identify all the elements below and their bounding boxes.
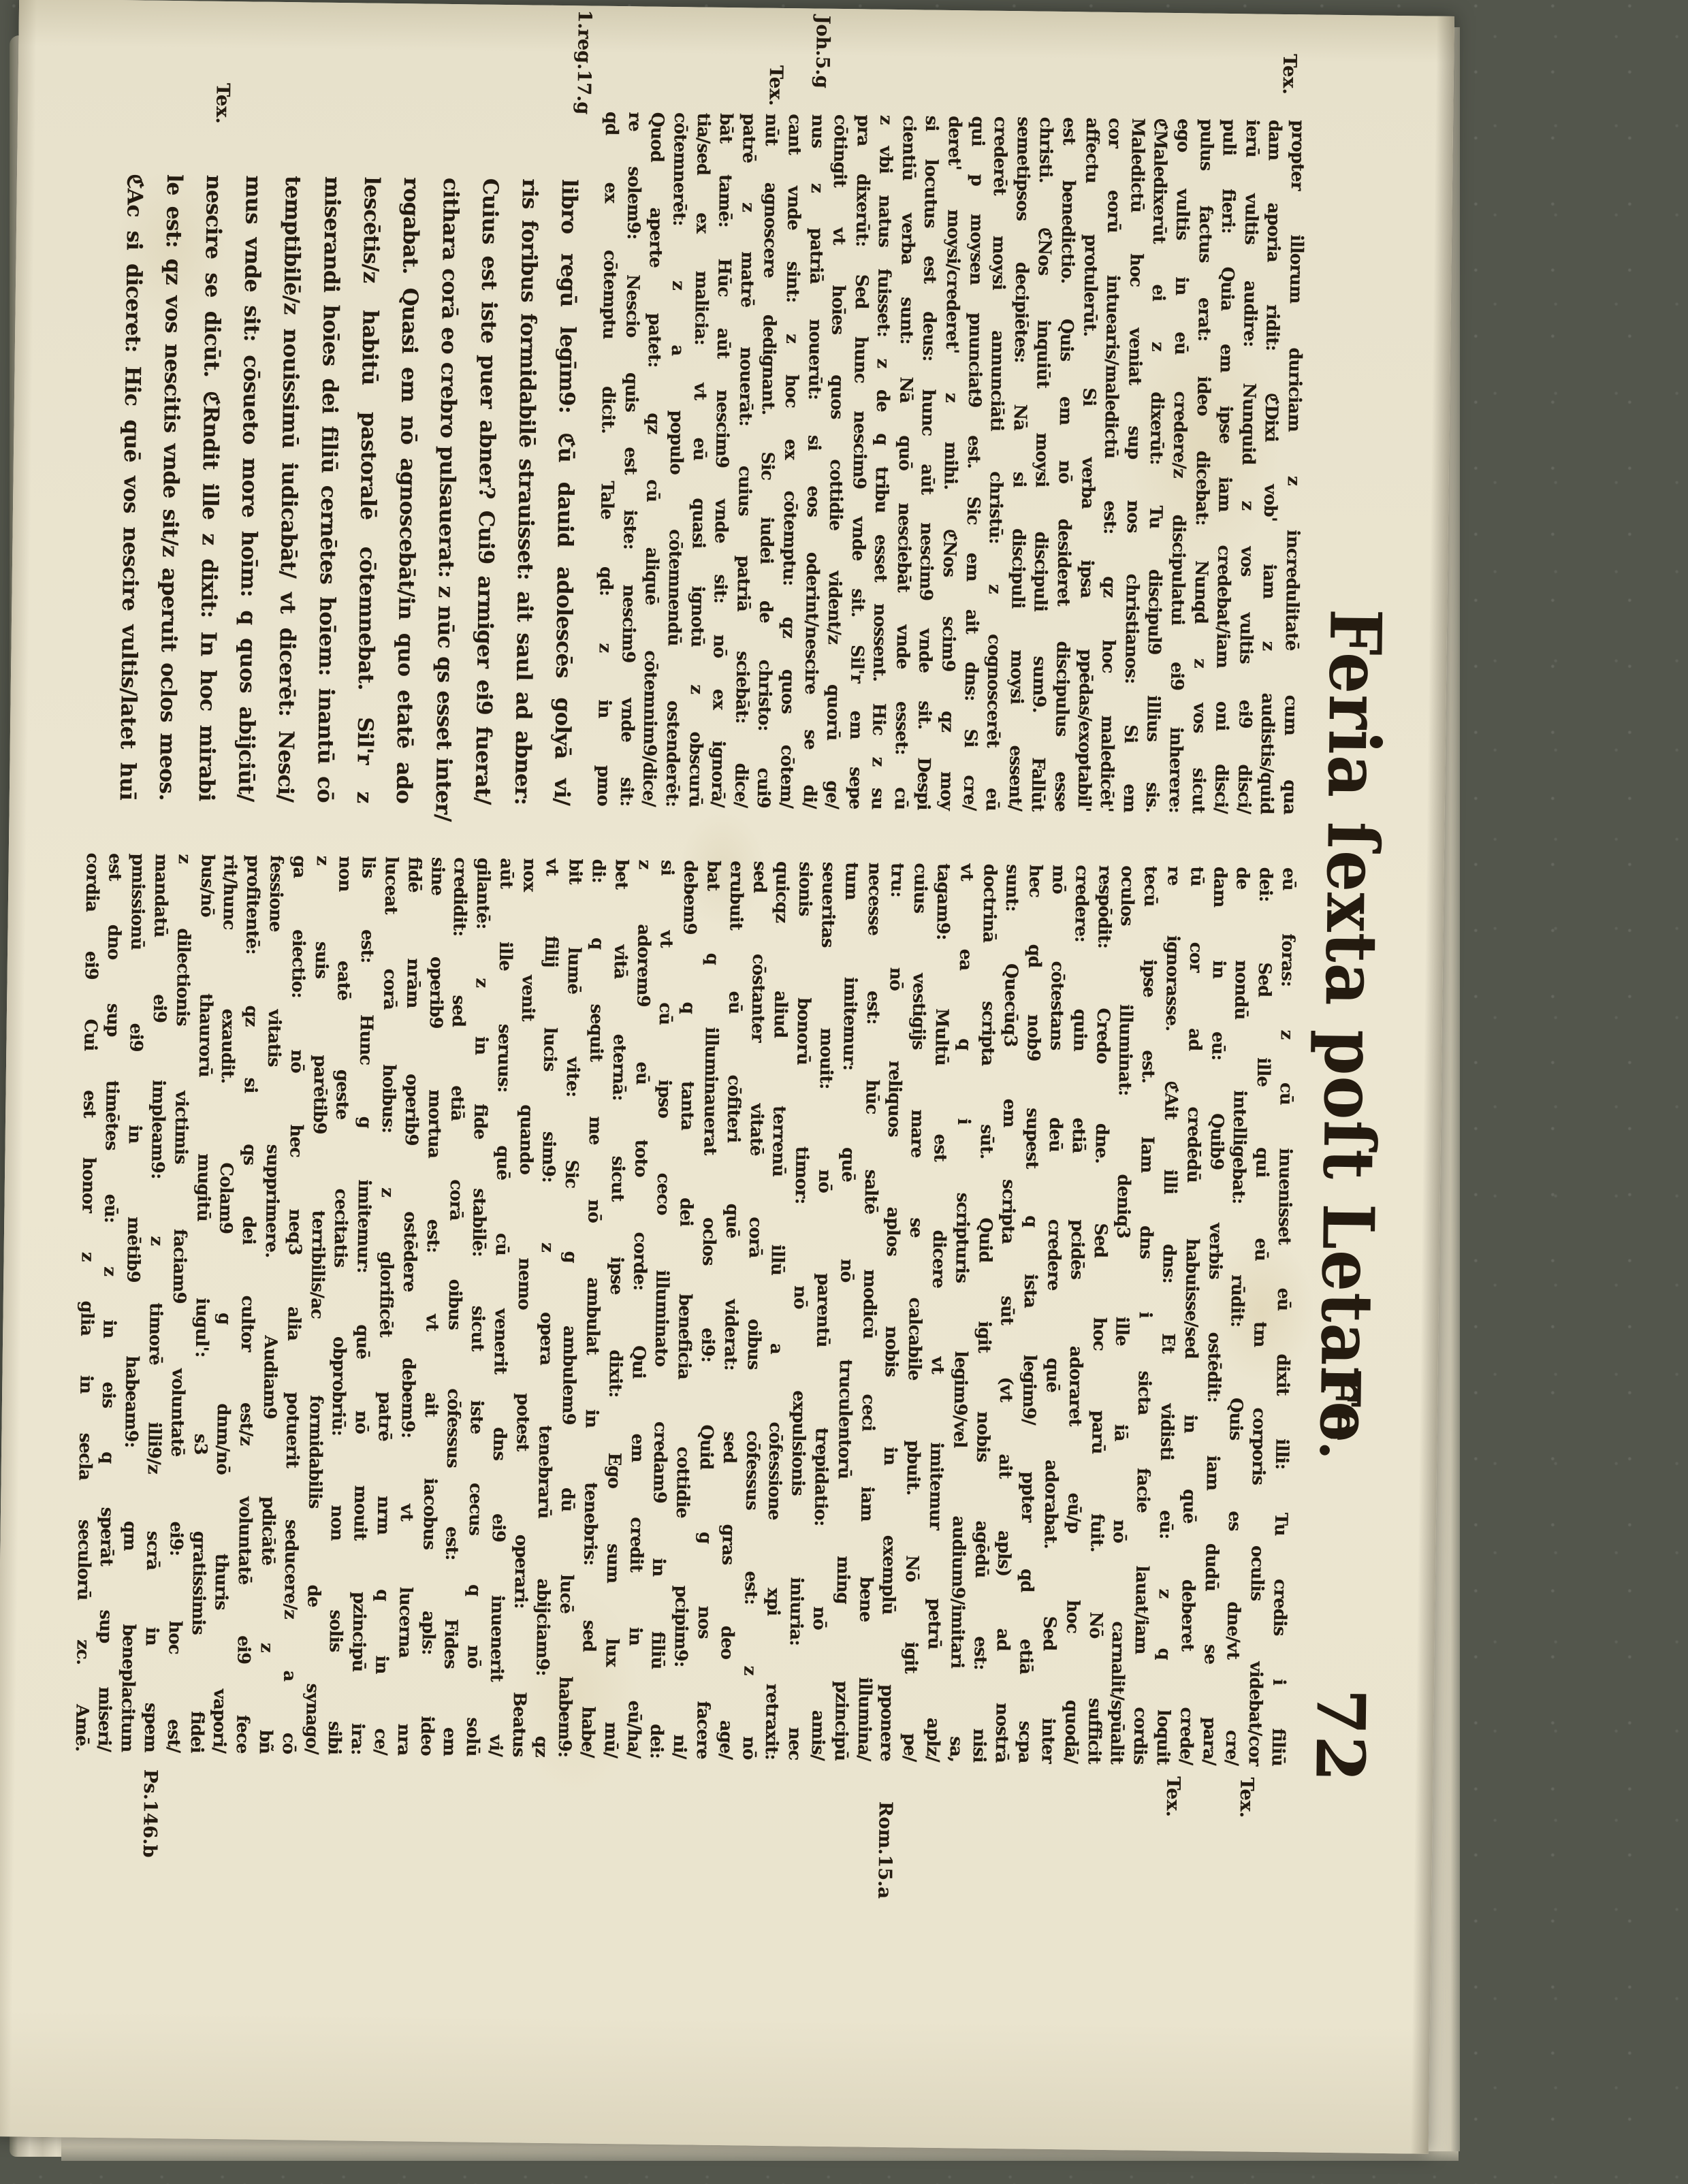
pericope-line: Cuius est iste puer abner? Cui9 armiger … (463, 178, 510, 805)
margin-note: Tex. (1279, 54, 1301, 95)
folio-label: Fo. (1307, 1368, 1373, 1461)
margin-note: Tex. (212, 83, 234, 124)
pericope-line: nescire se dicūt. ℭRndit ille z dixit: I… (187, 174, 234, 801)
margin-note: Joh.5.g (812, 15, 833, 88)
margin-note: 1.reg.17.g (573, 10, 595, 114)
margin-note: Tex. (765, 65, 786, 106)
margin-note: Tex. (1162, 1776, 1184, 1817)
pericope-line: ris foribus formidabilē strauisset: ait … (503, 178, 550, 805)
margin-note: Ps.146.b (139, 1769, 161, 1858)
scan-background: Feria ſexta poſt Letare Fo. 72 Tex.Joh.5… (0, 0, 1688, 2184)
text-column-left: propter illorum duriciam z incredulitatē… (591, 112, 1309, 815)
pericope-line: cithara corā eo crebro pulsauerat: z nūc… (424, 178, 471, 805)
pericope-line: rogabat. Quasi em nō agnoscebāt/in quo e… (384, 177, 431, 804)
page-foot-shadow (0, 0, 37, 2136)
pericope-line: libro regū legīm9: ℭū dauid adolescēs go… (542, 179, 589, 806)
running-header-title: Feria ſexta poſt Letare (1304, 609, 1397, 1445)
pericope-line: le est: qz vos nescitis vnde sit/z aperu… (147, 174, 194, 801)
pericope-line: ℭAc si diceret: Hic quē vos nescire vult… (108, 174, 155, 801)
pericope-block: libro regū legīm9: ℭū dauid adolescēs go… (108, 174, 589, 805)
book-page: Feria ſexta poſt Letare Fo. 72 Tex.Joh.5… (0, 0, 1454, 2154)
pericope-line: miserandi hoīes dei filiū cernētes hoīem… (305, 176, 352, 803)
margin-note: Tex. (1236, 1777, 1258, 1818)
folio-number: 72 (1300, 1688, 1380, 1783)
pericope-line: mus vnde sit: cōsueto more hoīm: q quos … (226, 175, 273, 802)
margin-note: Rom.15.a (874, 1801, 896, 1899)
pericope-line: lescētis/z habitū pastoralē cōtemnebat. … (345, 176, 392, 803)
pericope-line: temptibilē/z nouissimū iudicabāt/ vt dic… (266, 176, 313, 803)
text-column-right: eū foras: z cū inuenisset eū dixit illi:… (69, 852, 1299, 1766)
